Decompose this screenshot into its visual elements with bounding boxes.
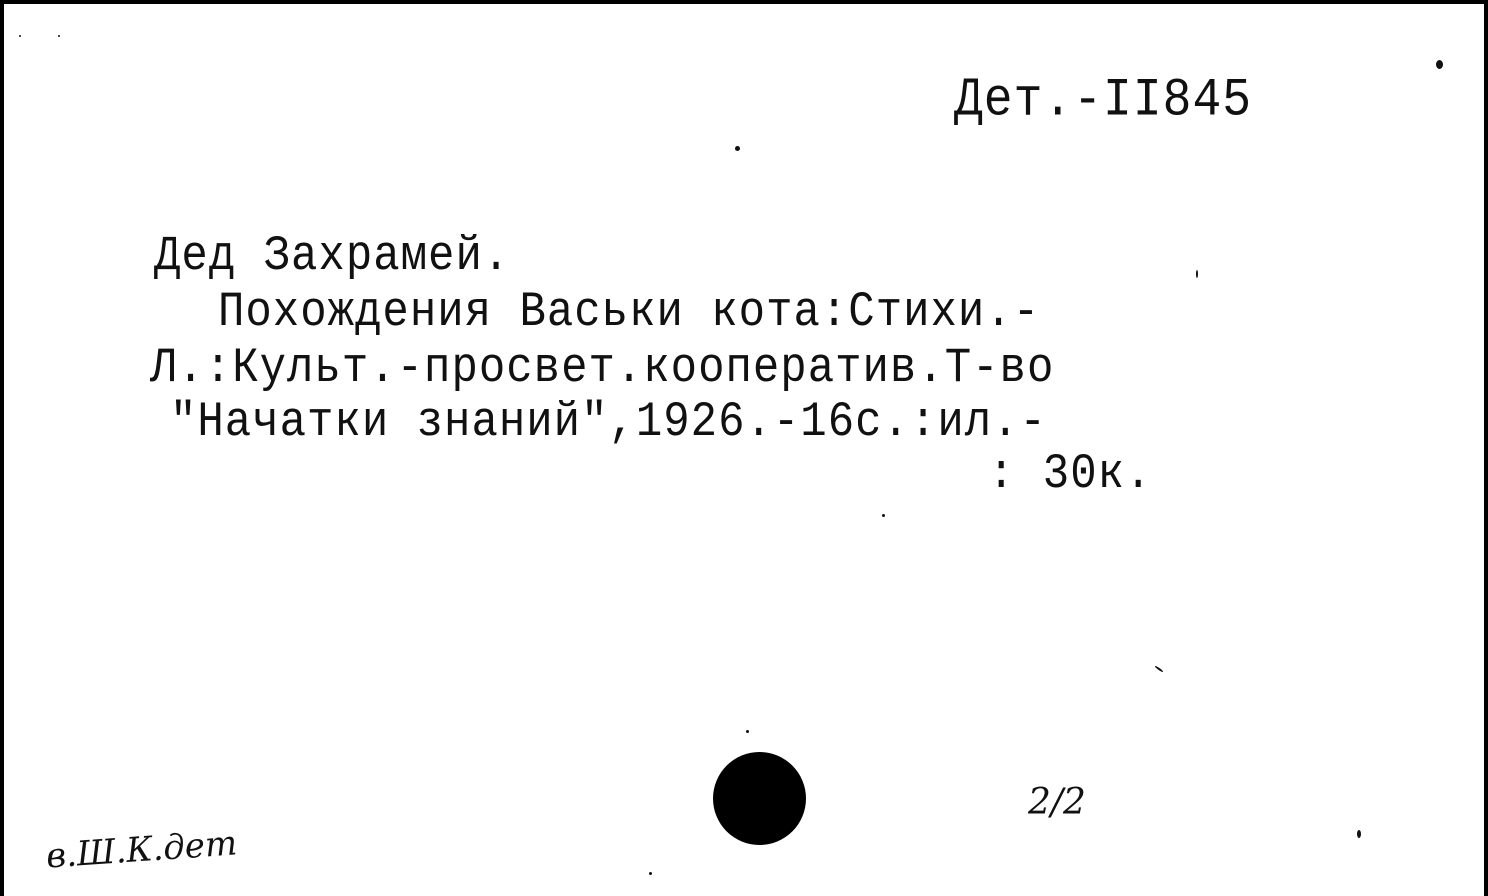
- handwritten-note: в.Ш.К.дет: [45, 823, 239, 876]
- speck-mark: [746, 730, 749, 733]
- handwritten-fraction: 2/2: [1028, 782, 1086, 823]
- punch-hole-icon: [713, 752, 806, 845]
- speck-mark: [1357, 830, 1361, 838]
- speck-mark: [19, 35, 21, 37]
- speck-mark: [1196, 270, 1198, 278]
- speck-mark: [735, 146, 740, 151]
- speck-mark: [882, 514, 885, 517]
- speck-mark: [1154, 665, 1163, 672]
- price-line: : 30к.: [988, 450, 1152, 499]
- author-heading: Дед Захрамей.: [154, 232, 510, 281]
- speck-mark: [58, 35, 60, 37]
- title-line: Похождения Васьки кота:Стихи.-: [218, 288, 1040, 337]
- speck-mark: [1436, 60, 1443, 69]
- imprint-line-2: "Начатки знаний",1926.-16с.:ил.-: [170, 398, 1047, 447]
- imprint-line: Л.:Культ.-просвет.кооператив.Т-во: [150, 344, 1054, 393]
- speck-mark: [649, 872, 652, 875]
- catalog-card: Дет.-II845 Дед Захрамей. Похождения Вась…: [0, 0, 1488, 896]
- shelfmark: Дет.-II845: [954, 74, 1252, 128]
